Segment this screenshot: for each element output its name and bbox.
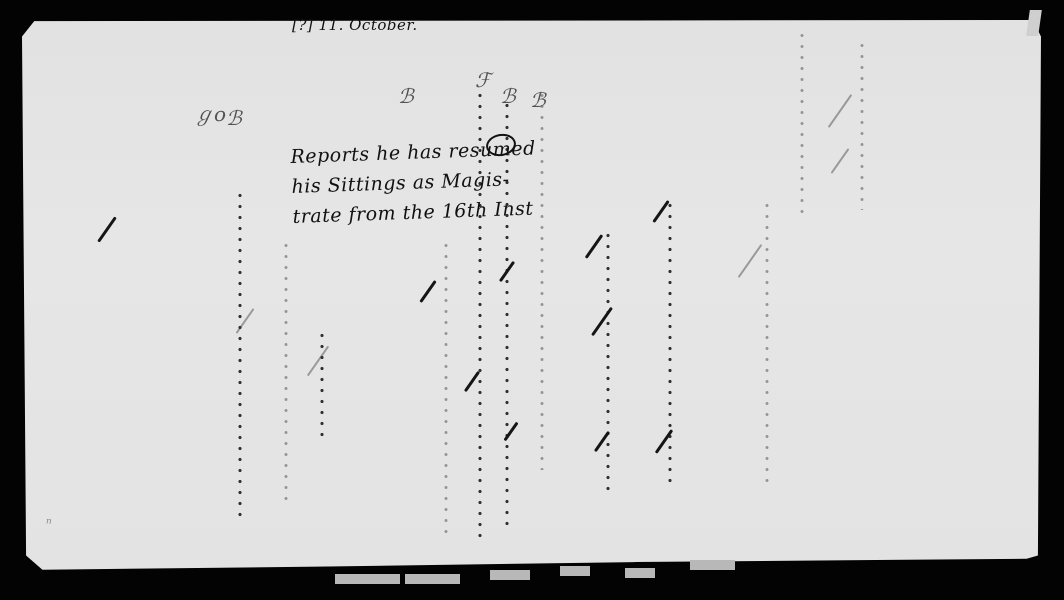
torn-edge-fragment bbox=[560, 566, 590, 576]
bleed-through-column bbox=[800, 30, 804, 220]
bleed-through-mark: ⁿ bbox=[46, 516, 52, 532]
bleed-through-column bbox=[238, 190, 242, 520]
bleed-through-column bbox=[860, 40, 864, 210]
header-date-line: [?] 11. October. bbox=[292, 16, 418, 34]
bleed-through-column bbox=[668, 200, 672, 490]
bleed-through-column bbox=[606, 230, 610, 490]
bleed-through-mark: ℬ bbox=[226, 106, 242, 130]
bleed-through-column bbox=[320, 330, 324, 440]
paper-fold-tab bbox=[1026, 10, 1042, 36]
bleed-through-mark: ℊo bbox=[194, 98, 226, 127]
scanned-page: [?] 11. October. Reports he has resumed … bbox=[0, 0, 1064, 600]
torn-edge-fragment bbox=[625, 568, 655, 578]
torn-edge-fragment bbox=[405, 574, 460, 584]
bleed-through-column bbox=[444, 240, 448, 540]
bleed-through-mark: ℬ bbox=[398, 84, 414, 108]
bleed-through-column bbox=[540, 90, 544, 470]
torn-edge-fragment bbox=[690, 560, 735, 570]
torn-edge-fragment bbox=[335, 574, 400, 584]
bleed-through-mark: ℱ bbox=[475, 68, 491, 92]
bleed-through-column bbox=[505, 100, 509, 530]
bleed-through-column bbox=[765, 200, 769, 490]
bleed-through-column bbox=[478, 90, 482, 540]
torn-edge-fragment bbox=[490, 570, 530, 580]
bleed-through-column bbox=[284, 240, 288, 500]
